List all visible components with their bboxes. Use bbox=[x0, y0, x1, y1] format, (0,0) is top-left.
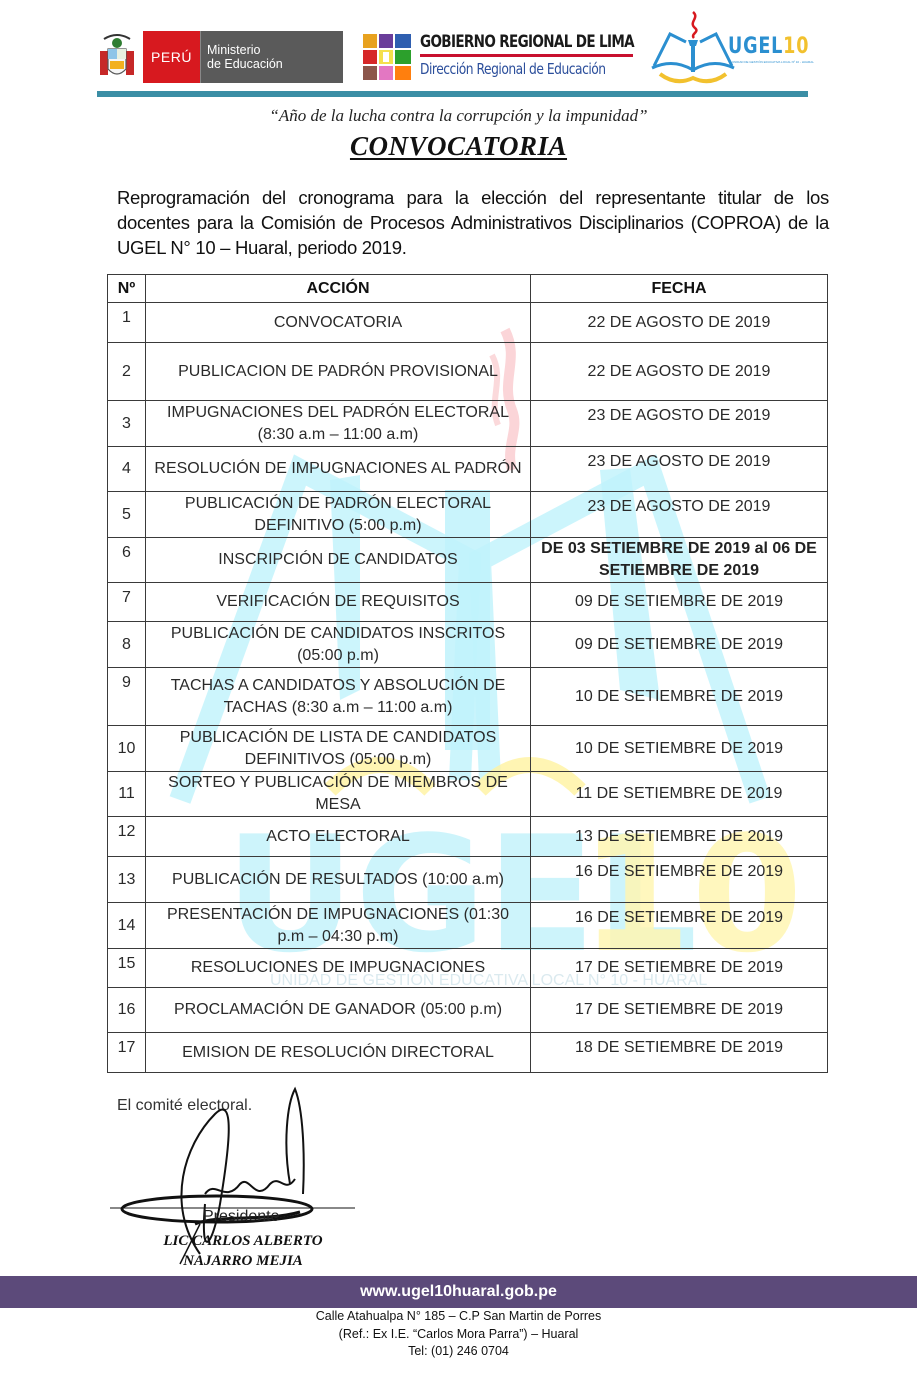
row-number: 8 bbox=[108, 622, 146, 668]
table-row: 12ACTO ELECTORAL13 DE SETIEMBRE DE 2019 bbox=[108, 817, 828, 857]
schedule-table: Nº ACCIÓN FECHA 1CONVOCATORIA22 DE AGOST… bbox=[107, 274, 828, 1073]
table-row: 3IMPUGNACIONES DEL PADRÓN ELECTORAL (8:3… bbox=[108, 401, 828, 447]
row-number: 4 bbox=[108, 447, 146, 492]
row-number: 14 bbox=[108, 903, 146, 949]
row-action: RESOLUCIONES DE IMPUGNACIONES bbox=[146, 949, 531, 988]
row-action: PUBLICACIÓN DE RESULTADOS (10:00 a.m) bbox=[146, 857, 531, 903]
ugel-book-torch-logo-icon bbox=[648, 8, 738, 88]
row-number: 5 bbox=[108, 492, 146, 538]
row-number: 6 bbox=[108, 538, 146, 583]
row-number: 3 bbox=[108, 401, 146, 447]
row-number: 12 bbox=[108, 817, 146, 857]
table-row: 14PRESENTACIÓN DE IMPUGNACIONES (01:30 p… bbox=[108, 903, 828, 949]
row-number: 13 bbox=[108, 857, 146, 903]
row-number: 11 bbox=[108, 772, 146, 817]
row-action: PUBLICACION DE PADRÓN PROVISIONAL bbox=[146, 343, 531, 401]
table-row: 16PROCLAMACIÓN DE GANADOR (05:00 p.m)17 … bbox=[108, 988, 828, 1033]
ministry-line-1: Ministerio bbox=[207, 43, 343, 57]
row-number: 7 bbox=[108, 583, 146, 622]
col-action-header: ACCIÓN bbox=[146, 275, 531, 303]
peru-coat-of-arms-icon bbox=[96, 33, 138, 83]
table-row: 4RESOLUCIÓN DE IMPUGNACIONES AL PADRÓN23… bbox=[108, 447, 828, 492]
row-date: 13 DE SETIEMBRE DE 2019 bbox=[531, 817, 828, 857]
row-action: CONVOCATORIA bbox=[146, 303, 531, 343]
row-action: PUBLICACIÓN DE LISTA DE CANDIDATOS DEFIN… bbox=[146, 726, 531, 772]
signer-name-line-1: LIC CARLOS ALBERTO bbox=[158, 1231, 328, 1251]
row-action: SORTEO Y PUBLICACIÓN DE MIEMBROS DE MESA bbox=[146, 772, 531, 817]
peru-label: PERÚ bbox=[151, 49, 192, 65]
col-date-header: FECHA bbox=[531, 275, 828, 303]
ministry-line-2: de Educación bbox=[207, 57, 343, 71]
regional-subtitle: Dirección Regional de Educación bbox=[420, 60, 597, 78]
col-number-header: Nº bbox=[108, 275, 146, 303]
row-date: 16 DE SETIEMBRE DE 2019 bbox=[531, 857, 828, 903]
signer-name-line-2: NAJARRO MEJIA bbox=[158, 1251, 328, 1271]
row-date: 17 DE SETIEMBRE DE 2019 bbox=[531, 988, 828, 1033]
footer-address: Calle Atahualpa N° 185 – C.P San Martin … bbox=[0, 1308, 917, 1361]
row-action: VERIFICACIÓN DE REQUISITOS bbox=[146, 583, 531, 622]
table-row: 15RESOLUCIONES DE IMPUGNACIONES17 DE SET… bbox=[108, 949, 828, 988]
row-date: 10 DE SETIEMBRE DE 2019 bbox=[531, 668, 828, 726]
row-number: 15 bbox=[108, 949, 146, 988]
table-row: 7VERIFICACIÓN DE REQUISITOS09 DE SETIEMB… bbox=[108, 583, 828, 622]
address-line-1: Calle Atahualpa N° 185 – C.P San Martin … bbox=[0, 1308, 917, 1326]
row-number: 1 bbox=[108, 303, 146, 343]
row-action: ACTO ELECTORAL bbox=[146, 817, 531, 857]
website-link[interactable]: www.ugel10huaral.gob.pe bbox=[360, 1283, 557, 1300]
row-action: PUBLICACIÓN DE PADRÓN ELECTORAL DEFINITI… bbox=[146, 492, 531, 538]
table-row: 8PUBLICACIÓN DE CANDIDATOS INSCRITOS (05… bbox=[108, 622, 828, 668]
row-action: RESOLUCIÓN DE IMPUGNACIONES AL PADRÓN bbox=[146, 447, 531, 492]
row-action: INSCRIPCIÓN DE CANDIDATOS bbox=[146, 538, 531, 583]
row-date: 16 DE SETIEMBRE DE 2019 bbox=[531, 903, 828, 949]
table-row: 1CONVOCATORIA22 DE AGOSTO DE 2019 bbox=[108, 303, 828, 343]
table-row: 17EMISION DE RESOLUCIÓN DIRECTORAL18 DE … bbox=[108, 1033, 828, 1073]
regional-government-wordmark: GOBIERNO REGIONAL DE LIMA Dirección Regi… bbox=[420, 32, 636, 78]
phone-number: Tel: (01) 246 0704 bbox=[0, 1343, 917, 1361]
intro-paragraph: Reprogramación del cronograma para la el… bbox=[117, 185, 829, 260]
ugel-tagline: UNIDAD DE GESTIÓN EDUCATIVA LOCAL Nº 10 … bbox=[732, 60, 814, 64]
table-row: 6INSCRIPCIÓN DE CANDIDATOSDE 03 SETIEMBR… bbox=[108, 538, 828, 583]
row-action: PROCLAMACIÓN DE GANADOR (05:00 p.m) bbox=[146, 988, 531, 1033]
row-number: 17 bbox=[108, 1033, 146, 1073]
table-row: 10PUBLICACIÓN DE LISTA DE CANDIDATOS DEF… bbox=[108, 726, 828, 772]
row-action: TACHAS A CANDIDATOS Y ABSOLUCIÓN DE TACH… bbox=[146, 668, 531, 726]
table-header-row: Nº ACCIÓN FECHA bbox=[108, 275, 828, 303]
row-number: 16 bbox=[108, 988, 146, 1033]
row-date: 17 DE SETIEMBRE DE 2019 bbox=[531, 949, 828, 988]
table-row: 5PUBLICACIÓN DE PADRÓN ELECTORAL DEFINIT… bbox=[108, 492, 828, 538]
table-row: 9TACHAS A CANDIDATOS Y ABSOLUCIÓN DE TAC… bbox=[108, 668, 828, 726]
letterhead: PERÚ Ministerio de Educación GOBIERNO RE… bbox=[0, 0, 917, 100]
regional-title: GOBIERNO REGIONAL DE LIMA bbox=[420, 32, 597, 52]
regional-government-logo-icon bbox=[361, 32, 413, 82]
ugel-wordmark-b: 10 bbox=[783, 34, 809, 59]
row-number: 2 bbox=[108, 343, 146, 401]
row-date: 09 DE SETIEMBRE DE 2019 bbox=[531, 583, 828, 622]
row-date: 23 DE AGOSTO DE 2019 bbox=[531, 492, 828, 538]
table-row: 13PUBLICACIÓN DE RESULTADOS (10:00 a.m)1… bbox=[108, 857, 828, 903]
ugel-wordmark: UGEL10 bbox=[728, 35, 809, 59]
header-divider-bar bbox=[97, 91, 808, 97]
row-date: 09 DE SETIEMBRE DE 2019 bbox=[531, 622, 828, 668]
document-title: CONVOCATORIA bbox=[0, 131, 917, 162]
row-date: 23 DE AGOSTO DE 2019 bbox=[531, 401, 828, 447]
ministry-brand-block: Ministerio de Educación bbox=[200, 31, 343, 83]
row-action: IMPUGNACIONES DEL PADRÓN ELECTORAL (8:30… bbox=[146, 401, 531, 447]
row-action: PRESENTACIÓN DE IMPUGNACIONES (01:30 p.m… bbox=[146, 903, 531, 949]
row-date: 22 DE AGOSTO DE 2019 bbox=[531, 343, 828, 401]
year-motto: “Año de la lucha contra la corrupción y … bbox=[0, 106, 917, 126]
footer-website-bar: www.ugel10huaral.gob.pe bbox=[0, 1276, 917, 1308]
row-date: 11 DE SETIEMBRE DE 2019 bbox=[531, 772, 828, 817]
regional-red-rule bbox=[420, 54, 633, 57]
row-action: EMISION DE RESOLUCIÓN DIRECTORAL bbox=[146, 1033, 531, 1073]
row-date: 22 DE AGOSTO DE 2019 bbox=[531, 303, 828, 343]
signer-name: LIC CARLOS ALBERTO NAJARRO MEJIA bbox=[158, 1231, 328, 1271]
row-number: 10 bbox=[108, 726, 146, 772]
signer-role: Presidente bbox=[203, 1208, 280, 1226]
row-action: PUBLICACIÓN DE CANDIDATOS INSCRITOS (05:… bbox=[146, 622, 531, 668]
row-date: DE 03 SETIEMBRE DE 2019 al 06 DE SETIEMB… bbox=[531, 538, 828, 583]
row-date: 23 DE AGOSTO DE 2019 bbox=[531, 447, 828, 492]
table-row: 2PUBLICACION DE PADRÓN PROVISIONAL22 DE … bbox=[108, 343, 828, 401]
address-line-2: (Ref.: Ex I.E. “Carlos Mora Parra”) – Hu… bbox=[0, 1326, 917, 1344]
table-row: 11SORTEO Y PUBLICACIÓN DE MIEMBROS DE ME… bbox=[108, 772, 828, 817]
row-date: 18 DE SETIEMBRE DE 2019 bbox=[531, 1033, 828, 1073]
ugel-wordmark-a: UGEL bbox=[728, 34, 783, 59]
row-number: 9 bbox=[108, 668, 146, 726]
row-date: 10 DE SETIEMBRE DE 2019 bbox=[531, 726, 828, 772]
peru-brand-block: PERÚ bbox=[143, 31, 200, 83]
